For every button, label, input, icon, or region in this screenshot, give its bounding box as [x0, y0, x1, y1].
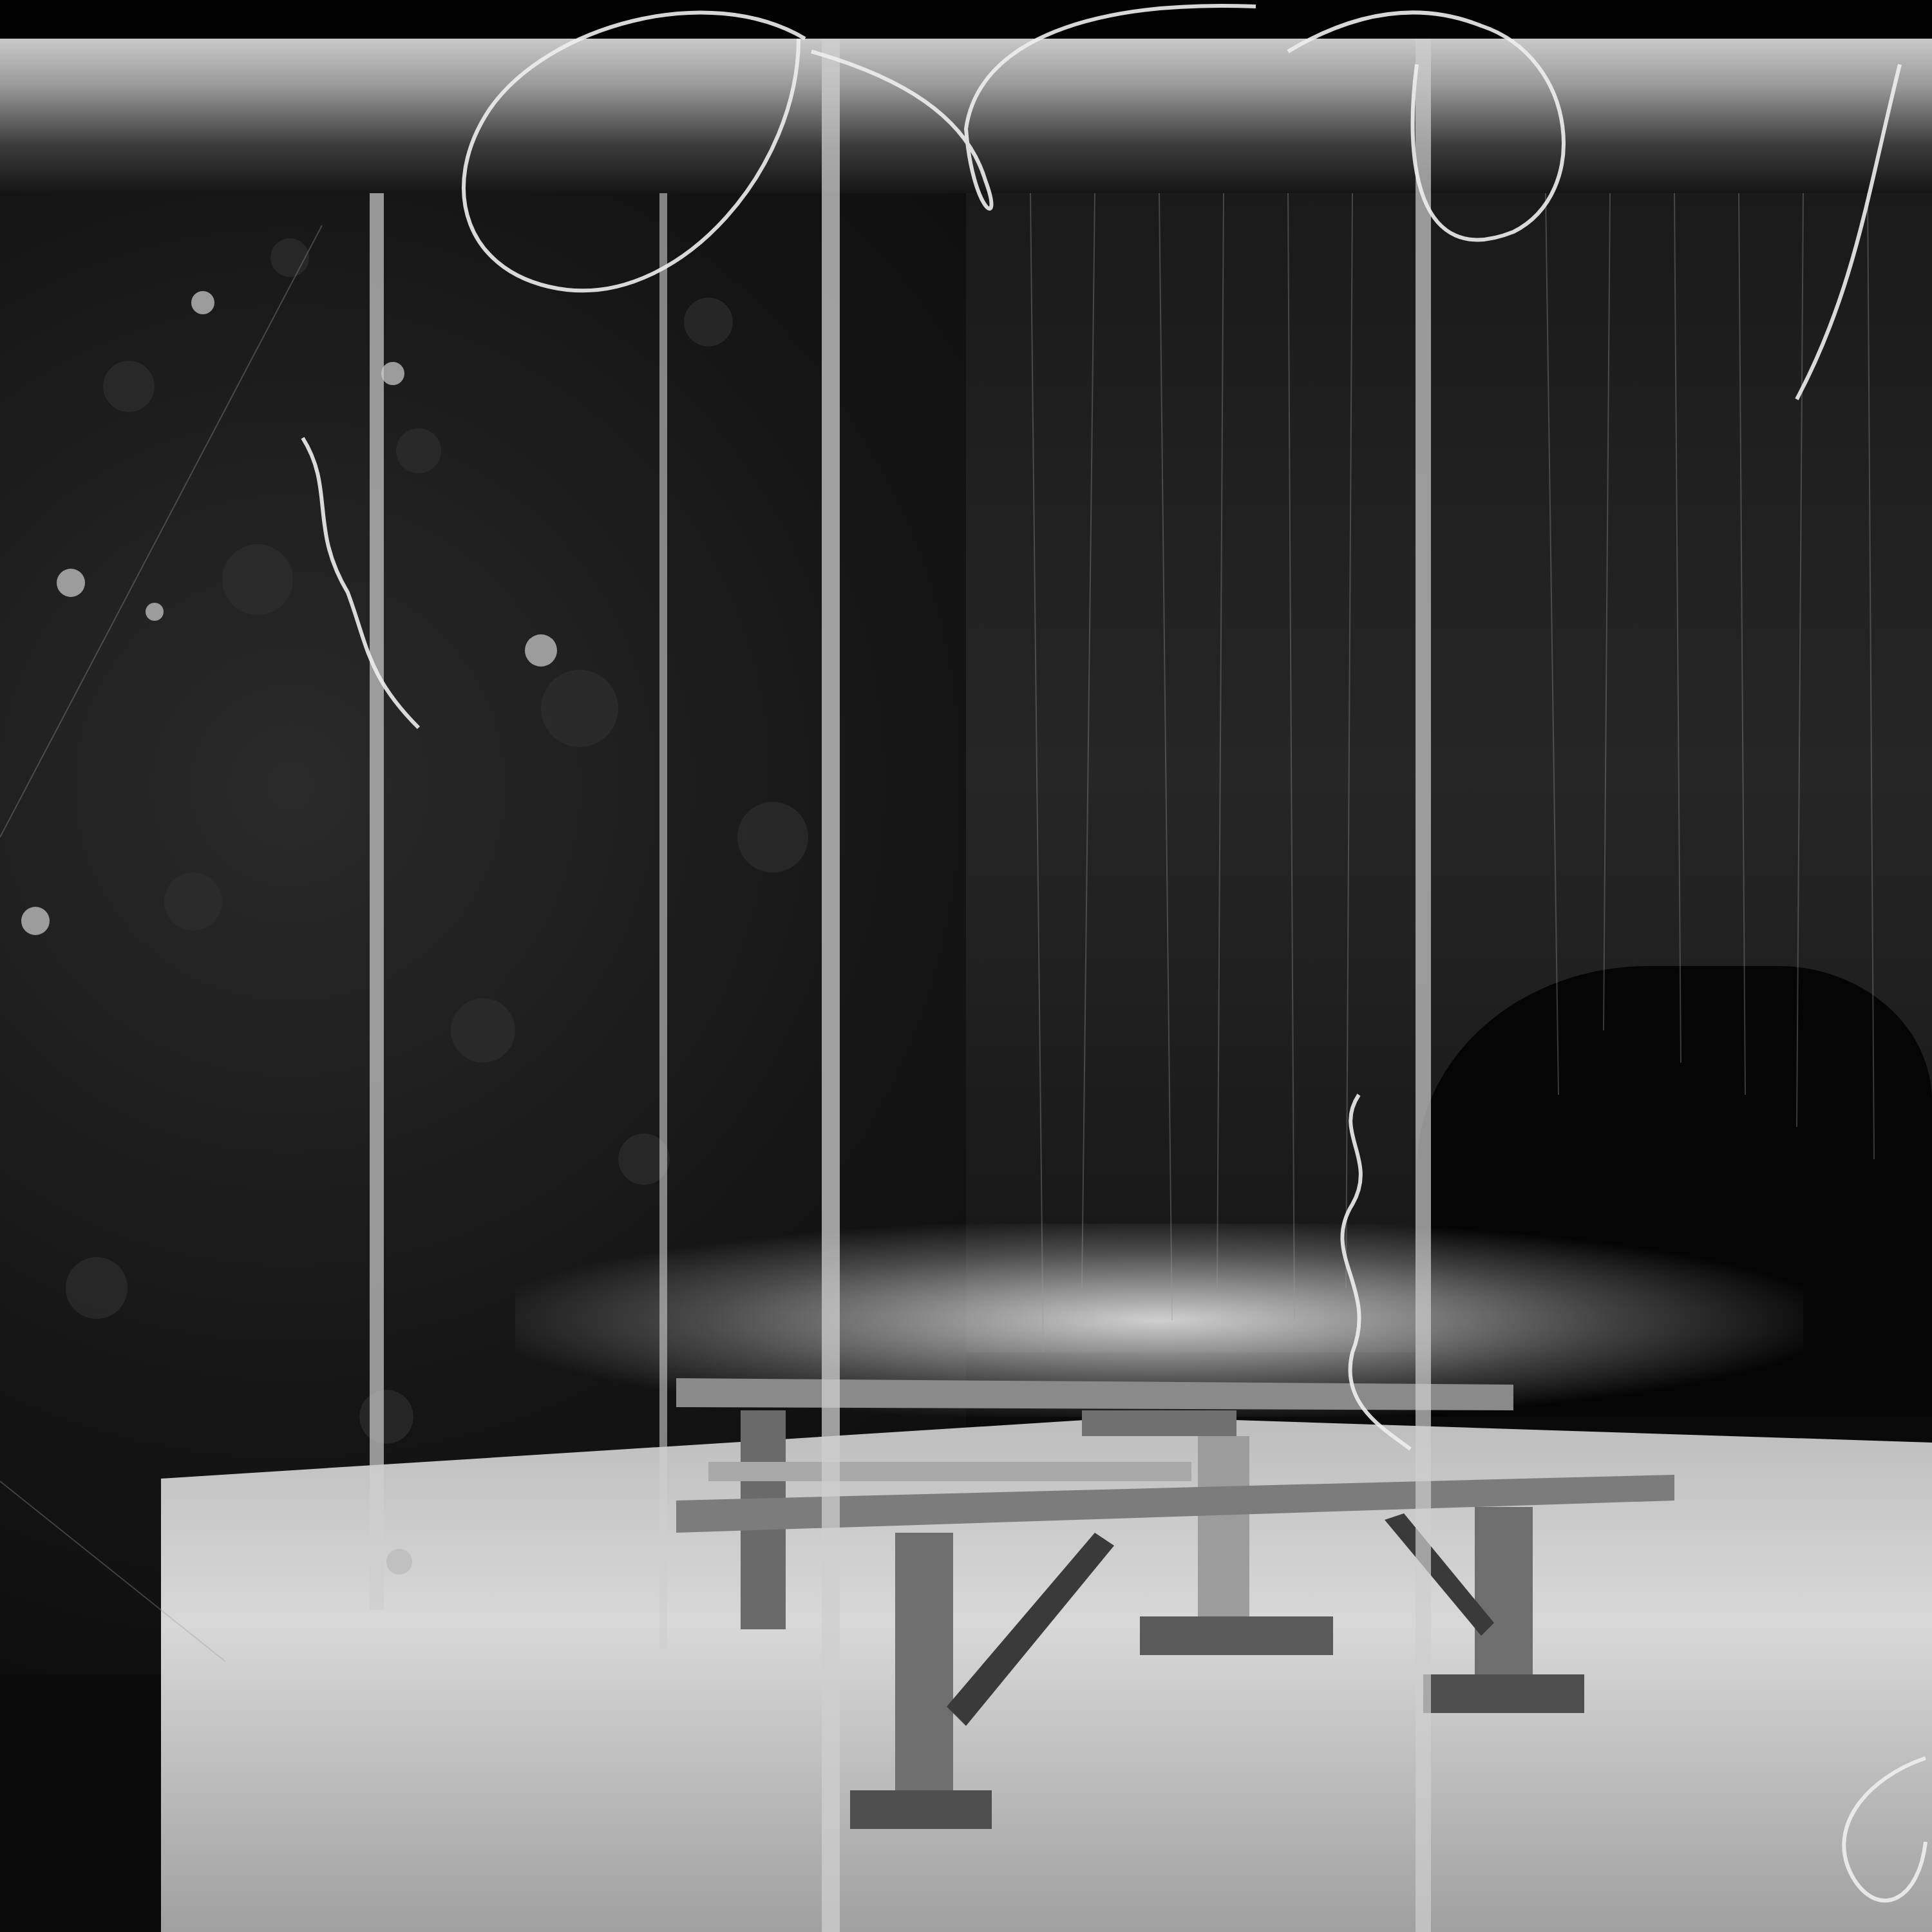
light-dots [21, 291, 557, 1575]
white-squiggles [303, 6, 1926, 1900]
front-bench-brace [947, 1533, 1114, 1726]
blotch-texture [66, 238, 808, 1444]
table-apron [1082, 1410, 1236, 1436]
table-top [676, 1378, 1513, 1410]
back-bench-seat [708, 1462, 1191, 1481]
table-pedestal [1198, 1436, 1249, 1642]
front-bench-right-foot [1423, 1674, 1584, 1713]
back-bench [708, 1462, 1191, 1481]
front-bench-right-leg [1475, 1507, 1533, 1700]
front-bench-left-leg [895, 1533, 953, 1803]
front-bench-left-foot [850, 1790, 992, 1829]
scene-overlay [0, 0, 1932, 1932]
table-foot [1140, 1616, 1333, 1655]
scratch-texture [0, 193, 1874, 1662]
artwork-canvas [0, 0, 1932, 1932]
